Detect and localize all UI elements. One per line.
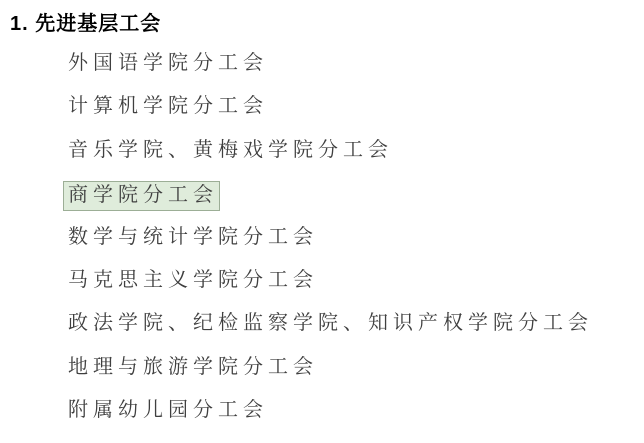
section-heading: 1. 先进基层工会	[10, 7, 161, 36]
list-item: 地理与旅游学院分工会	[68, 355, 318, 379]
list-item: 马克思主义学院分工会	[68, 268, 318, 292]
list-item: 计算机学院分工会	[68, 94, 268, 118]
list-item: 外国语学院分工会	[68, 51, 268, 75]
list-item: 政法学院、纪检监察学院、知识产权学院分工会	[68, 311, 593, 335]
list-item: 数学与统计学院分工会	[68, 225, 318, 249]
list-item: 商学院分工会	[68, 181, 220, 211]
document-page: 1. 先进基层工会 外国语学院分工会 计算机学院分工会 音乐学院、黄梅戏学院分工…	[0, 0, 644, 443]
list-item: 附属幼儿园分工会	[68, 398, 268, 422]
highlight-box[interactable]: 商学院分工会	[63, 181, 220, 211]
list-item: 音乐学院、黄梅戏学院分工会	[68, 138, 393, 162]
highlighted-item-label: 商学院分工会	[68, 184, 218, 206]
